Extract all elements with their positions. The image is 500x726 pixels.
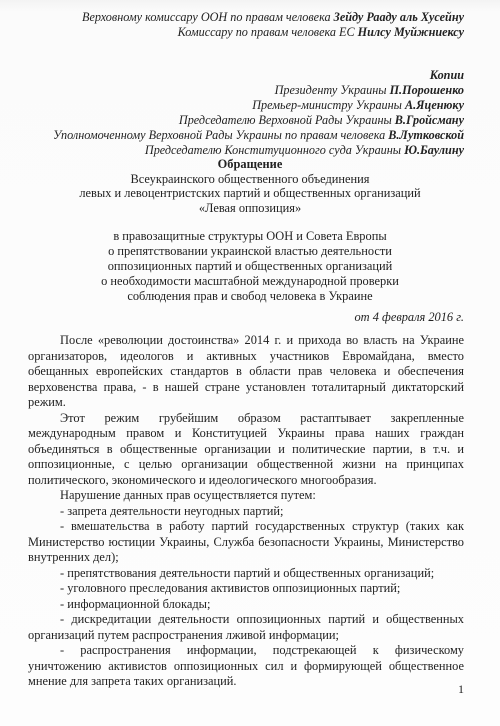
copy-recipient: Премьер-министру Украины А.Яценюку [53,98,464,113]
copy-recipient: Уполномоченному Верховной Рады Украины п… [53,128,464,143]
list-item: - запрета деятельности неугодных партий; [28,504,464,520]
subject-line: соблюдения прав и свобод человека в Укра… [0,289,500,304]
list-item: - информационной блокады; [28,597,464,613]
addressee-name: Нилсу Муйжниексу [358,25,464,39]
document-title-block: Обращение Всеукраинского общественного о… [0,157,500,215]
subject-line: о необходимости масштабной международной… [0,274,500,289]
subject-block: в правозащитные структуры ООН и Совета Е… [0,229,500,304]
body-paragraph: Нарушение данных прав осуществляется пут… [28,488,464,504]
document-body: После «революции достоинства» 2014 г. и … [28,333,464,690]
document-title: Обращение [0,157,500,172]
list-item: - дискредитации деятельности оппозиционн… [28,612,464,643]
body-paragraph: После «революции достоинства» 2014 г. и … [28,333,464,411]
document-date: от 4 февраля 2016 г. [354,310,464,325]
copies-block: Копии Президенту Украины П.Порошенко Пре… [53,68,464,158]
copy-recipient: Председателю Конституционного суда Украи… [53,143,464,158]
body-paragraph: Этот режим грубейшим образом растаптывае… [28,411,464,489]
addressees-block: Верховному комиссару ООН по правам челов… [82,10,464,40]
copy-recipient: Председателю Верховной Рады Украины В.Гр… [53,113,464,128]
page-number: 1 [458,682,464,697]
title-line: левых и левоцентристских партий и общест… [0,186,500,201]
copy-recipient: Президенту Украины П.Порошенко [53,83,464,98]
list-item: - вмешательства в работу партий государс… [28,519,464,566]
addressee-line: Верховному комиссару ООН по правам челов… [82,10,464,25]
subject-line: о препятствовании украинской властью дея… [0,244,500,259]
addressee-name: Зейду Рааду аль Хусейну [334,10,464,24]
subject-line: оппозиционных партий и общественных орга… [0,259,500,274]
addressee-line: Комиссару по правам человека ЕС Нилсу Му… [82,25,464,40]
title-line: «Левая оппозиция» [0,201,500,216]
list-item: - препятствования деятельности партий и … [28,566,464,582]
document-page: Верховному комиссару ООН по правам челов… [0,0,500,726]
subject-line: в правозащитные структуры ООН и Совета Е… [0,229,500,244]
list-item: - уголовного преследования активистов оп… [28,581,464,597]
copies-heading: Копии [430,68,464,82]
list-item: - распространения информации, подстрекаю… [28,643,464,690]
title-line: Всеукраинского общественного объединения [0,172,500,187]
